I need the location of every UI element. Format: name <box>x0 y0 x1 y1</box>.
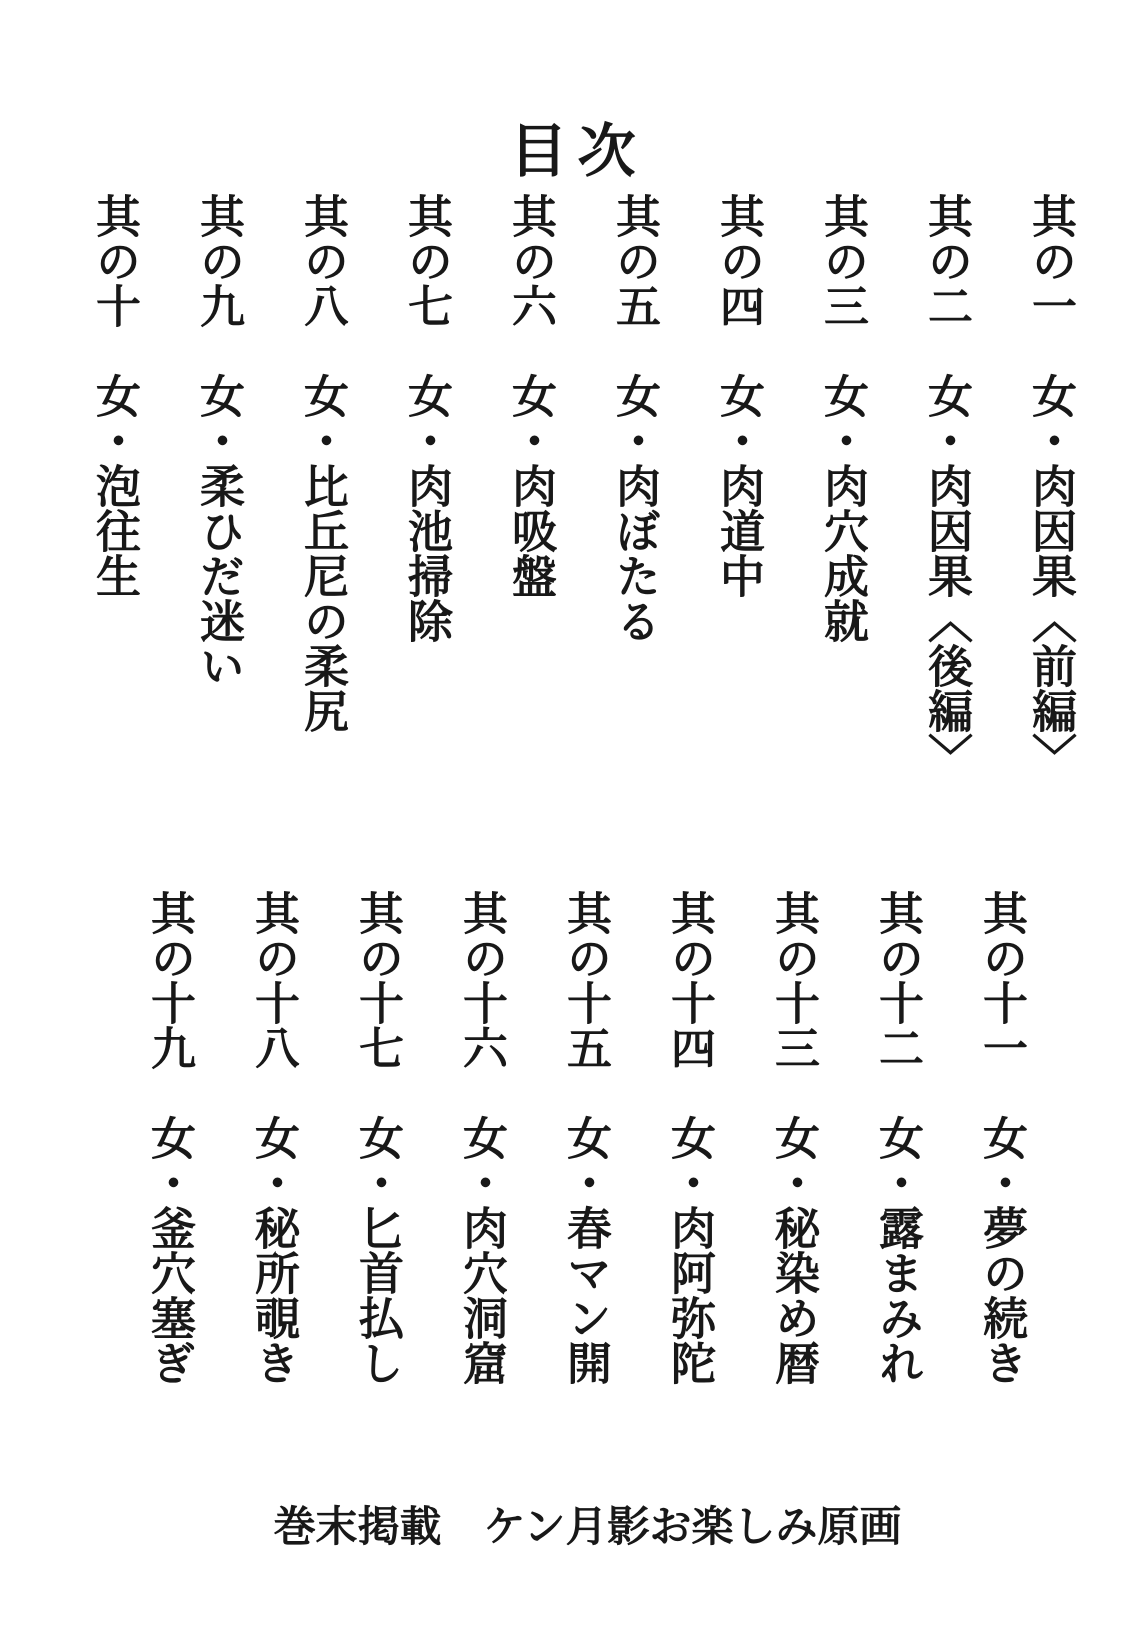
toc-entry: 其の五 女・肉ぼたる <box>612 193 657 813</box>
toc-entry: 其の十四 女・肉阿弥陀 <box>667 890 712 1450</box>
toc-entry: 其の十五 女・春マン開 <box>563 890 608 1450</box>
toc-entry: 其の七 女・肉池掃除 <box>404 193 449 813</box>
toc-entry: 其の三 女・肉穴成就 <box>820 193 865 813</box>
toc-part-2: 其の十一 女・夢の続き其の十二 女・露まみれ其の十三 女・秘染め暦其の十四 女・… <box>147 890 1024 1450</box>
toc-page: 目次 其の一 女・肉因果〈前編〉其の二 女・肉因果〈後編〉其の三 女・肉穴成就其… <box>0 0 1145 1650</box>
toc-part-1: 其の一 女・肉因果〈前編〉其の二 女・肉因果〈後編〉其の三 女・肉穴成就其の四 … <box>92 193 1073 813</box>
toc-entry: 其の十三 女・秘染め暦 <box>771 890 816 1450</box>
toc-entry: 其の十 女・泡往生 <box>92 193 137 813</box>
toc-entry: 其の八 女・比丘尼の柔尻 <box>300 193 345 813</box>
footer-note: 巻末掲載 ケン月影お楽しみ原画 <box>30 1502 1145 1552</box>
toc-entry: 其の十九 女・釜穴塞ぎ <box>147 890 192 1450</box>
toc-entry: 其の六 女・肉吸盤 <box>508 193 553 813</box>
toc-entry: 其の九 女・柔ひだ迷い <box>196 193 241 813</box>
toc-entry: 其の十一 女・夢の続き <box>979 890 1024 1450</box>
toc-entry: 其の十六 女・肉穴洞窟 <box>459 890 504 1450</box>
page-title: 目次 <box>0 119 1145 183</box>
toc-entry: 其の二 女・肉因果〈後編〉 <box>924 193 969 813</box>
toc-entry: 其の十八 女・秘所覗き <box>251 890 296 1450</box>
toc-entry: 其の十二 女・露まみれ <box>875 890 920 1450</box>
toc-entry: 其の十七 女・匕首払し <box>355 890 400 1450</box>
toc-entry: 其の四 女・肉道中 <box>716 193 761 813</box>
toc-entry: 其の一 女・肉因果〈前編〉 <box>1028 193 1073 813</box>
